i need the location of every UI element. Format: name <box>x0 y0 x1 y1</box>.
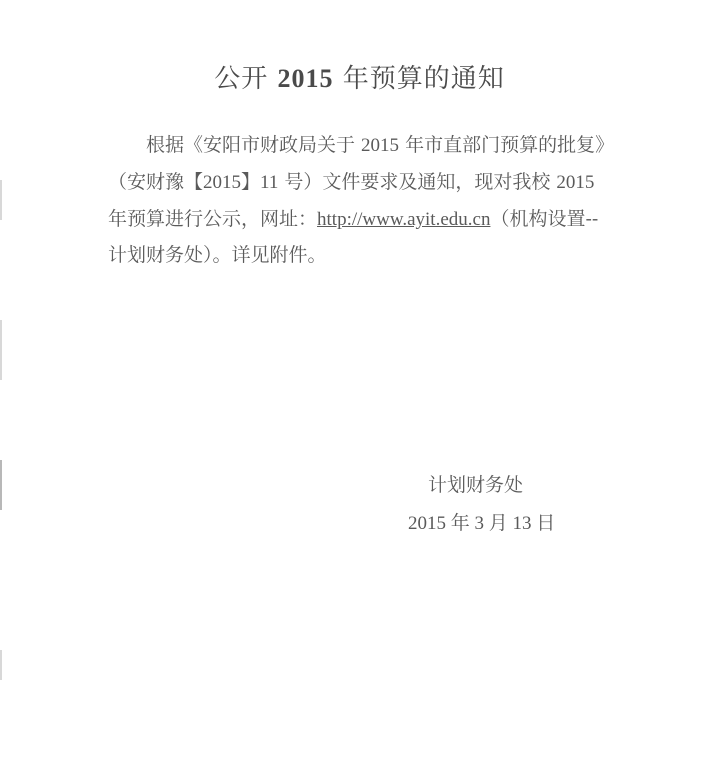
signature-date: 2015 年 3 月 13 日 <box>408 508 555 535</box>
title-year: 2015 <box>278 64 334 93</box>
text-segment: 根据《安阳市财政局关于 <box>146 134 361 156</box>
title-suffix: 年预算的通知 <box>334 64 505 94</box>
text-number: 2015 <box>203 172 241 193</box>
text-segment: （安财豫【 <box>108 171 203 193</box>
body-line-1: 根据《安阳市财政局关于 2015 年市直部门预算的批复》 <box>146 133 650 158</box>
text-number: 2015 <box>556 172 594 193</box>
text-segment: （机构设置-- <box>490 208 598 230</box>
text-segment: 年预算进行公示，网址： <box>108 208 317 230</box>
scan-edge-mark <box>0 180 2 220</box>
body-line-2: （安财豫【2015】11 号）文件要求及通知，现对我校 2015 <box>108 170 612 195</box>
website-link[interactable]: http://www.ayit.edu.cn <box>317 209 490 230</box>
text-segment: 计划财务处）。详见附件。 <box>108 244 327 266</box>
text-number: 2015 <box>361 135 399 156</box>
scan-edge-mark <box>0 460 2 510</box>
body-line-3: 年预算进行公示，网址：http://www.ayit.edu.cn（机构设置-- <box>108 207 612 232</box>
document-title: 公开 2015 年预算的通知 <box>0 58 719 95</box>
text-segment: 】 <box>241 171 260 193</box>
body-line-4: 计划财务处）。详见附件。 <box>108 243 612 267</box>
title-prefix: 公开 <box>214 64 277 94</box>
scan-edge-mark <box>0 650 2 680</box>
document-page: 公开 2015 年预算的通知 根据《安阳市财政局关于 2015 年市直部门预算的… <box>0 0 719 768</box>
text-number: 11 <box>260 172 278 193</box>
text-segment: 年市直部门预算的批复》 <box>399 134 614 156</box>
scan-edge-mark <box>0 320 2 380</box>
signature-department: 计划财务处 <box>428 470 523 497</box>
text-segment: 号）文件要求及通知，现对我校 <box>278 171 556 193</box>
